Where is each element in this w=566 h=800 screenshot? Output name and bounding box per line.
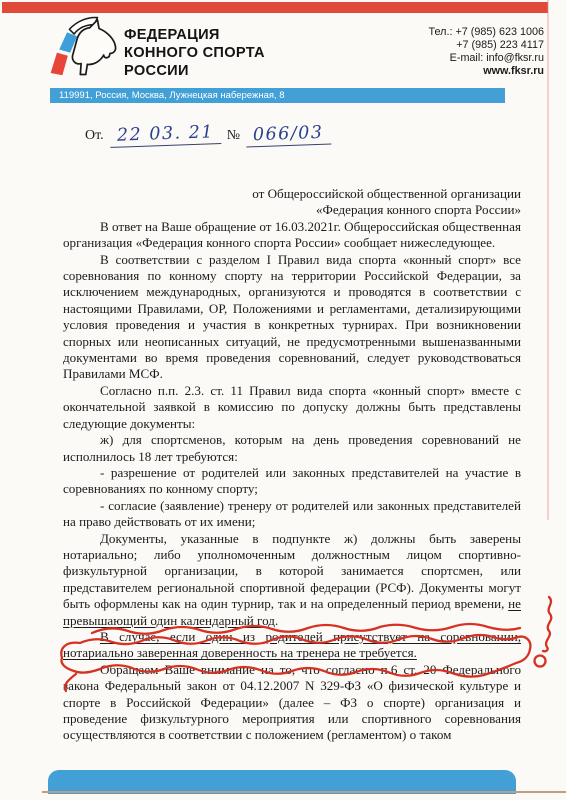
org-name-line-1: ФЕДЕРАЦИЯ	[124, 26, 265, 44]
website-line: www.fksr.ru	[429, 65, 544, 78]
text-run: В соответствии с разделом I Правил вида …	[63, 252, 521, 382]
org-name: ФЕДЕРАЦИЯ КОННОГО СПОРТА РОССИИ	[124, 26, 265, 80]
sender-block: от Общероссийской общественной организац…	[63, 186, 521, 219]
paragraphs-container: В ответ на Ваше обращение от 16.03.2021г…	[63, 219, 521, 744]
from-label: От.	[85, 128, 104, 143]
pen-small-circle	[535, 656, 546, 667]
logo-ribbon-red	[51, 53, 68, 76]
org-name-line-3: РОССИИ	[124, 62, 265, 80]
handwritten-number: 066/03	[246, 123, 331, 148]
letter-paragraph: В соответствии с разделом I Правил вида …	[63, 252, 521, 383]
letter-paragraph: - согласие (заявление) тренеру от родите…	[63, 498, 521, 531]
text-run: Обращаем Ваше внимание на то, что соглас…	[63, 662, 521, 743]
reference-line: От.22 03. 21№066/03	[85, 124, 337, 152]
letter-paragraph: В ответ на Ваше обращение от 16.03.2021г…	[63, 219, 521, 252]
letter-body: от Общероссийской общественной организац…	[63, 186, 521, 744]
page-right-edge	[547, 0, 549, 520]
phone-line-2: +7 (985) 223 4117	[429, 39, 544, 52]
text-run: Документы, указанные в подпункте ж) долж…	[63, 531, 521, 612]
header-red-bar	[2, 2, 548, 13]
pen-margin-zigzag	[543, 597, 551, 651]
letter-paragraph: Согласно п.п. 2.3. ст. 11 Правил вида сп…	[63, 383, 521, 432]
letter-paragraph: Обращаем Ваше внимание на то, что соглас…	[63, 662, 521, 744]
letter-paragraph: ж) для спортсменов, которым на день пров…	[63, 432, 521, 465]
address-bar: 119991, Россия, Москва, Лужнецкая набере…	[50, 88, 505, 103]
page-edge-line	[42, 791, 566, 793]
number-sign: №	[227, 128, 240, 143]
text-run: ж) для спортсменов, которым на день пров…	[63, 432, 521, 463]
email-line: E-mail: info@fksr.ru	[429, 52, 544, 65]
text-run: - согласие (заявление) тренеру от родите…	[63, 498, 521, 529]
letter-paragraph: - разрешение от родителей или законных п…	[63, 465, 521, 498]
scanned-letter-page: ФЕДЕРАЦИЯ КОННОГО СПОРТА РОССИИ Тел.: +7…	[0, 0, 566, 800]
text-run: В ответ на Ваше обращение от 16.03.2021г…	[63, 219, 521, 250]
sender-line-2: «Федерация конного спорта России»	[63, 202, 521, 218]
text-run: - разрешение от родителей или законных п…	[63, 465, 521, 496]
sender-line-1: от Общероссийской общественной организац…	[63, 186, 521, 202]
letter-paragraph: Документы, указанные в подпункте ж) долж…	[63, 531, 521, 629]
text-run: Согласно п.п. 2.3. ст. 11 Правил вида сп…	[63, 383, 521, 431]
handwritten-date: 22 03. 21	[109, 122, 221, 148]
underlined-text: В случае, если один из родителей присутс…	[63, 629, 521, 660]
text-run: .	[275, 613, 278, 628]
phone-line-1: Тел.: +7 (985) 623 1006	[429, 26, 544, 39]
fksr-horse-logo-icon	[46, 16, 124, 80]
org-name-line-2: КОННОГО СПОРТА	[124, 44, 265, 62]
letter-paragraph: В случае, если один из родителей присутс…	[63, 629, 521, 662]
contact-block: Тел.: +7 (985) 623 1006 +7 (985) 223 411…	[429, 26, 544, 78]
